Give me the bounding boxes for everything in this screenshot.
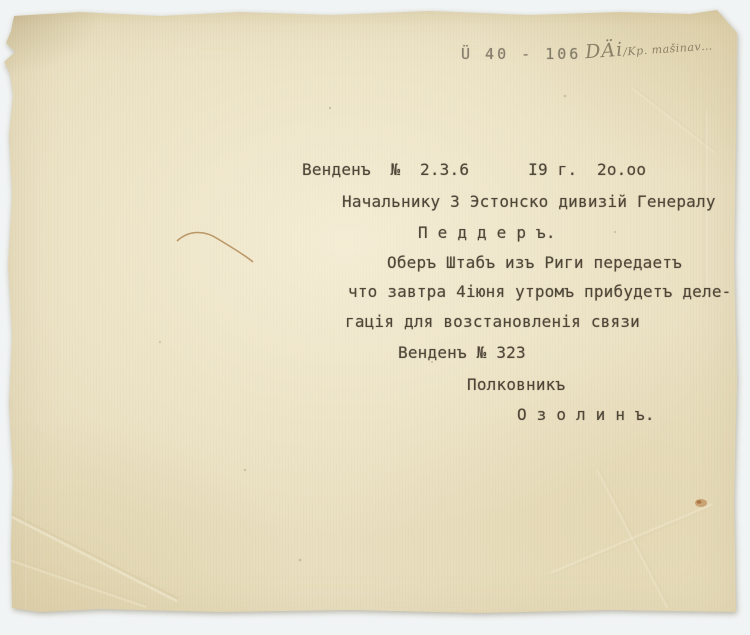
scanned-telegram: Ü 40 - 106 DÄi/Kp. mašinav… Венденъ № 2.… [0,0,750,635]
telegram-signature-name: О з о л и н ъ. [517,405,655,424]
handwritten-note-text: /Kp. mašinav… [623,39,713,58]
paper-crease [597,469,670,608]
speck [614,231,616,233]
archive-number-stamp: Ü 40 - 106 [461,45,581,63]
speck [299,559,302,562]
handwritten-archive-note: DÄi/Kp. mašinav… [584,31,735,63]
fiber-mark [177,233,253,263]
telegram-body-line-2: что завтра 4іюня утромъ прибудетъ деле- [348,282,731,301]
telegram-signature-rank: Полковникъ [467,375,565,394]
speck [244,469,246,471]
paper-crease [0,505,179,602]
rust-spot-center [697,500,702,504]
paper-crease [551,504,713,575]
rust-spot [695,499,707,507]
handwritten-initials: DÄi [584,39,623,64]
paper-sheet: Ü 40 - 106 DÄi/Kp. mašinav… Венденъ № 2.… [0,0,750,635]
speck [329,107,331,109]
paper-crease [24,492,26,610]
paper-crease [632,86,717,153]
paper-crease [5,556,148,608]
telegram-header-line: Венденъ № 2.3.6 I9 г. 2о.оо [302,160,646,179]
torn-corner-shadow [6,12,101,76]
telegram-addressee-line: Начальнику 3 Эстонско дивизій Генералу [342,192,716,211]
telegram-addressee-name: П е д д е р ъ. [418,223,556,242]
telegram-body-line-1: Оберъ Штабъ изъ Риги передаетъ [387,253,682,272]
telegram-body-line-3: гація для возстановленія связи [345,312,640,331]
speck [159,341,161,343]
speck [564,95,567,98]
telegram-reference-line: Венденъ № 323 [398,343,526,362]
